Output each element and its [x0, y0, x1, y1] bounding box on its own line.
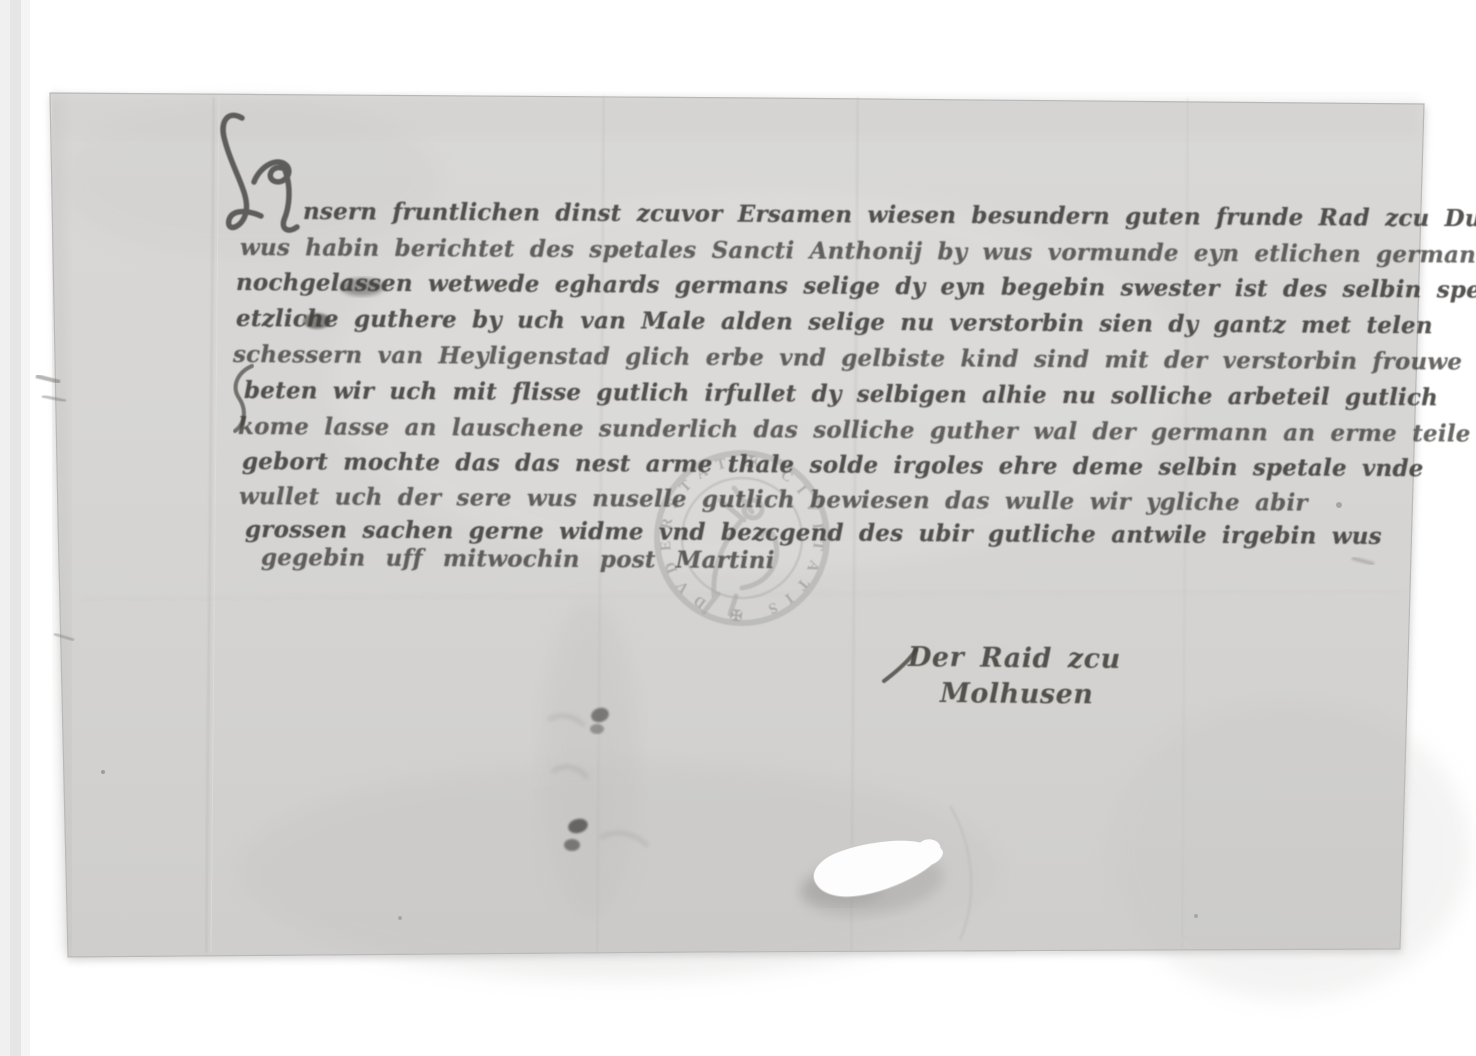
manuscript-line: schessern van Heyligenstad glich erbe vn…: [233, 341, 1462, 376]
signature-line-2: Molhusen: [940, 678, 1094, 710]
manuscript-line: gebort mochte das das nest arme thale so…: [242, 448, 1424, 482]
manuscript-line: nsern fruntlichen dinst zcuvor Ersamen w…: [303, 198, 1476, 233]
manuscript-text-layer: nsern fruntlichen dinst zcuvor Ersamen w…: [0, 0, 1476, 1056]
manuscript-line: wus habin berichtet des spetales Sancti …: [240, 234, 1476, 269]
manuscript-line: wullet uch der sere wus nuselle gutlich …: [239, 483, 1308, 517]
scan-background: ✠ CIVITATIS ✠ DVDERSTAT: [0, 0, 1476, 1056]
signature-line-1: Der Raid zcu: [908, 642, 1121, 675]
manuscript-line: etzliche guthere by uch van Male alden s…: [236, 305, 1433, 339]
manuscript-line: kome lasse an lauschene sunderlich das s…: [238, 413, 1471, 448]
manuscript-line: beten wir uch mit flisse gutlich irfulle…: [244, 377, 1438, 411]
manuscript-line: gegebin uff mitwochin post Martini: [261, 544, 775, 574]
manuscript-line: nochgelassen wetwede eghards germans sel…: [236, 269, 1476, 304]
